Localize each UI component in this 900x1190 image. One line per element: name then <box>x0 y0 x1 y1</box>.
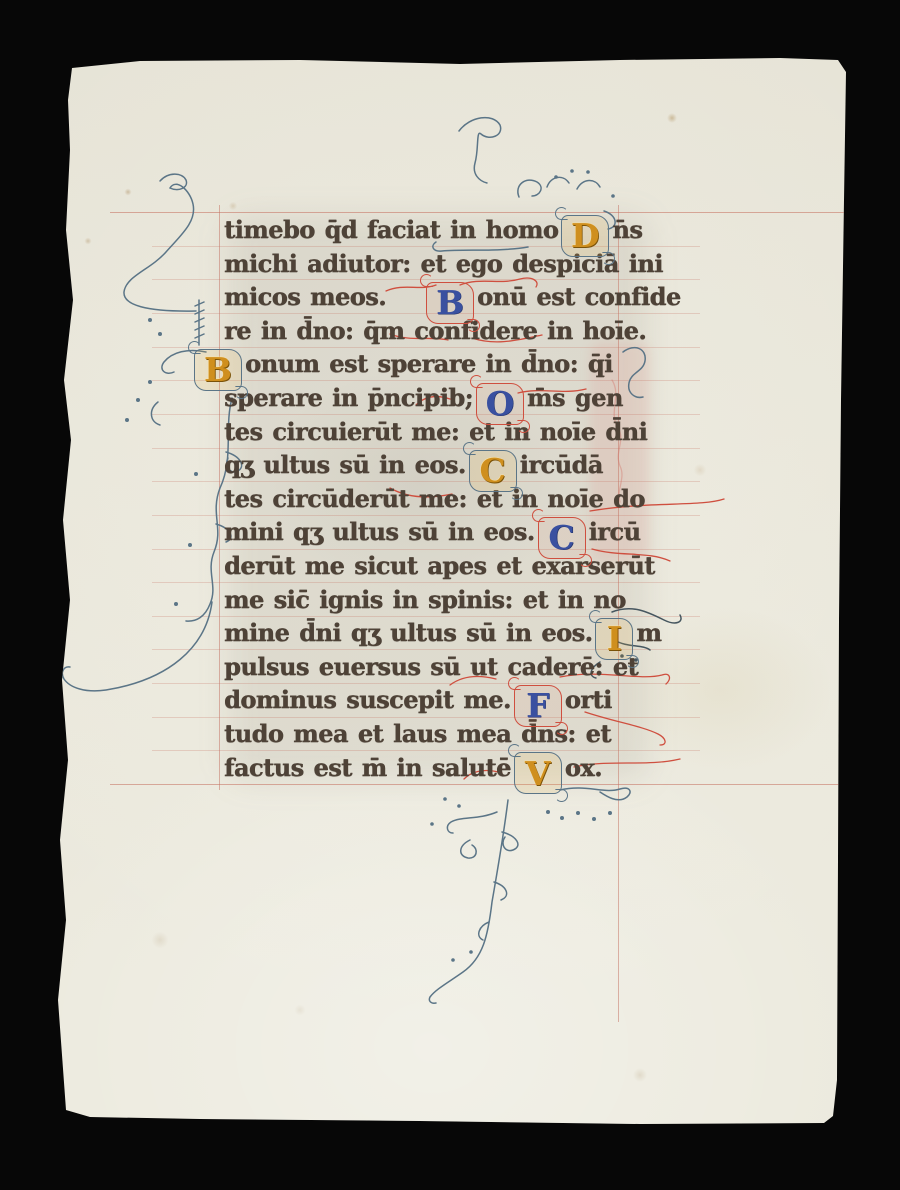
script-text: mini qʒ ultus sū in eos. <box>224 517 535 546</box>
photo-backdrop: timebo q̄d faciat in homoDn̄smichi adiut… <box>0 0 900 1190</box>
script-text: timebo q̄d faciat in homo <box>224 215 558 244</box>
script-text: onū est confide <box>477 282 681 311</box>
script-text: n̄s <box>612 215 642 244</box>
illuminated-initial-b-blue: B <box>426 282 474 324</box>
manuscript-line: tes circūderūt me: et in noīe do <box>224 482 670 516</box>
manuscript-line: tes circuierūt me: et in noīe d̄ni <box>224 415 670 449</box>
manuscript-line: dominus suscepit me.Forti <box>224 683 670 717</box>
manuscript-line: derūt me sicut apes et exarserūt <box>224 549 670 583</box>
illuminated-initial-c-gold: C <box>469 450 517 492</box>
illuminated-initial-c-blue: C <box>538 517 586 559</box>
ruling-horizontal <box>110 784 846 785</box>
manuscript-line: mine d̄ni qʒ ultus sū in eos.Im <box>224 616 670 650</box>
script-text: m̄s gen <box>527 383 623 412</box>
script-text: me sic̄ ignis in spinis: et in no <box>224 585 626 614</box>
script-text: micos meos. <box>224 282 386 311</box>
script-text: ircū <box>589 517 641 546</box>
penwork-top-center-curl <box>459 118 501 183</box>
penwork-top-left-flourish <box>124 174 204 345</box>
manuscript-line: sperare in p̄ncipib;Om̄s gen <box>224 381 670 415</box>
illuminated-initial-o-blue: O <box>476 383 524 425</box>
script-text: onum est sperare in d̄no: q̄i <box>245 349 613 378</box>
script-text: dominus suscepit me. <box>224 685 511 714</box>
script-text: tes circūderūt me: et in noīe do <box>224 484 645 513</box>
script-text: orti <box>565 685 612 714</box>
text-block: timebo q̄d faciat in homoDn̄smichi adiut… <box>224 213 670 784</box>
script-text: ox. <box>565 753 602 782</box>
manuscript-line: qʒ ultus sū in eos.Circūdā <box>224 448 670 482</box>
penwork-left-margin-flourish <box>62 350 241 690</box>
illuminated-initial-f-blue: F <box>514 685 562 727</box>
illuminated-initial-d-gold: D <box>561 215 609 257</box>
manuscript-line: tudo mea et laus mea d̄ns: et <box>224 717 670 751</box>
manuscript-line: timebo q̄d faciat in homoDn̄s <box>224 213 670 247</box>
script-text: m <box>636 618 661 647</box>
illuminated-initial-b-gold: B <box>194 349 242 391</box>
manuscript-line: micos meos.Bonū est confide <box>224 280 670 314</box>
script-text: mine d̄ni qʒ ultus sū in eos. <box>224 618 592 647</box>
script-text: ircūdā <box>520 450 603 479</box>
script-text: tes circuierūt me: et in noīe d̄ni <box>224 417 647 446</box>
script-text: qʒ ultus sū in eos. <box>224 450 466 479</box>
script-text: pulsus euersus sū ut caderē: et <box>224 652 638 681</box>
manuscript-line: mini qʒ ultus sū in eos.Circū <box>224 515 670 549</box>
script-text: sperare in p̄ncipib; <box>224 383 473 412</box>
script-text: factus est m̄ in salutē <box>224 753 511 782</box>
illuminated-initial-v-gold: V <box>514 752 562 794</box>
ruling-vertical <box>219 205 220 790</box>
manuscript-line: me sic̄ ignis in spinis: et in no <box>224 583 670 617</box>
vellum-leaf: timebo q̄d faciat in homoDn̄smichi adiut… <box>0 0 900 1190</box>
illuminated-initial-i-gold: I <box>595 618 633 660</box>
manuscript-line: factus est m̄ in salutēVox. <box>224 751 670 785</box>
penwork-bottom-flourish <box>429 788 630 1003</box>
manuscript-line: Bonum est sperare in d̄no: q̄i <box>224 347 670 381</box>
